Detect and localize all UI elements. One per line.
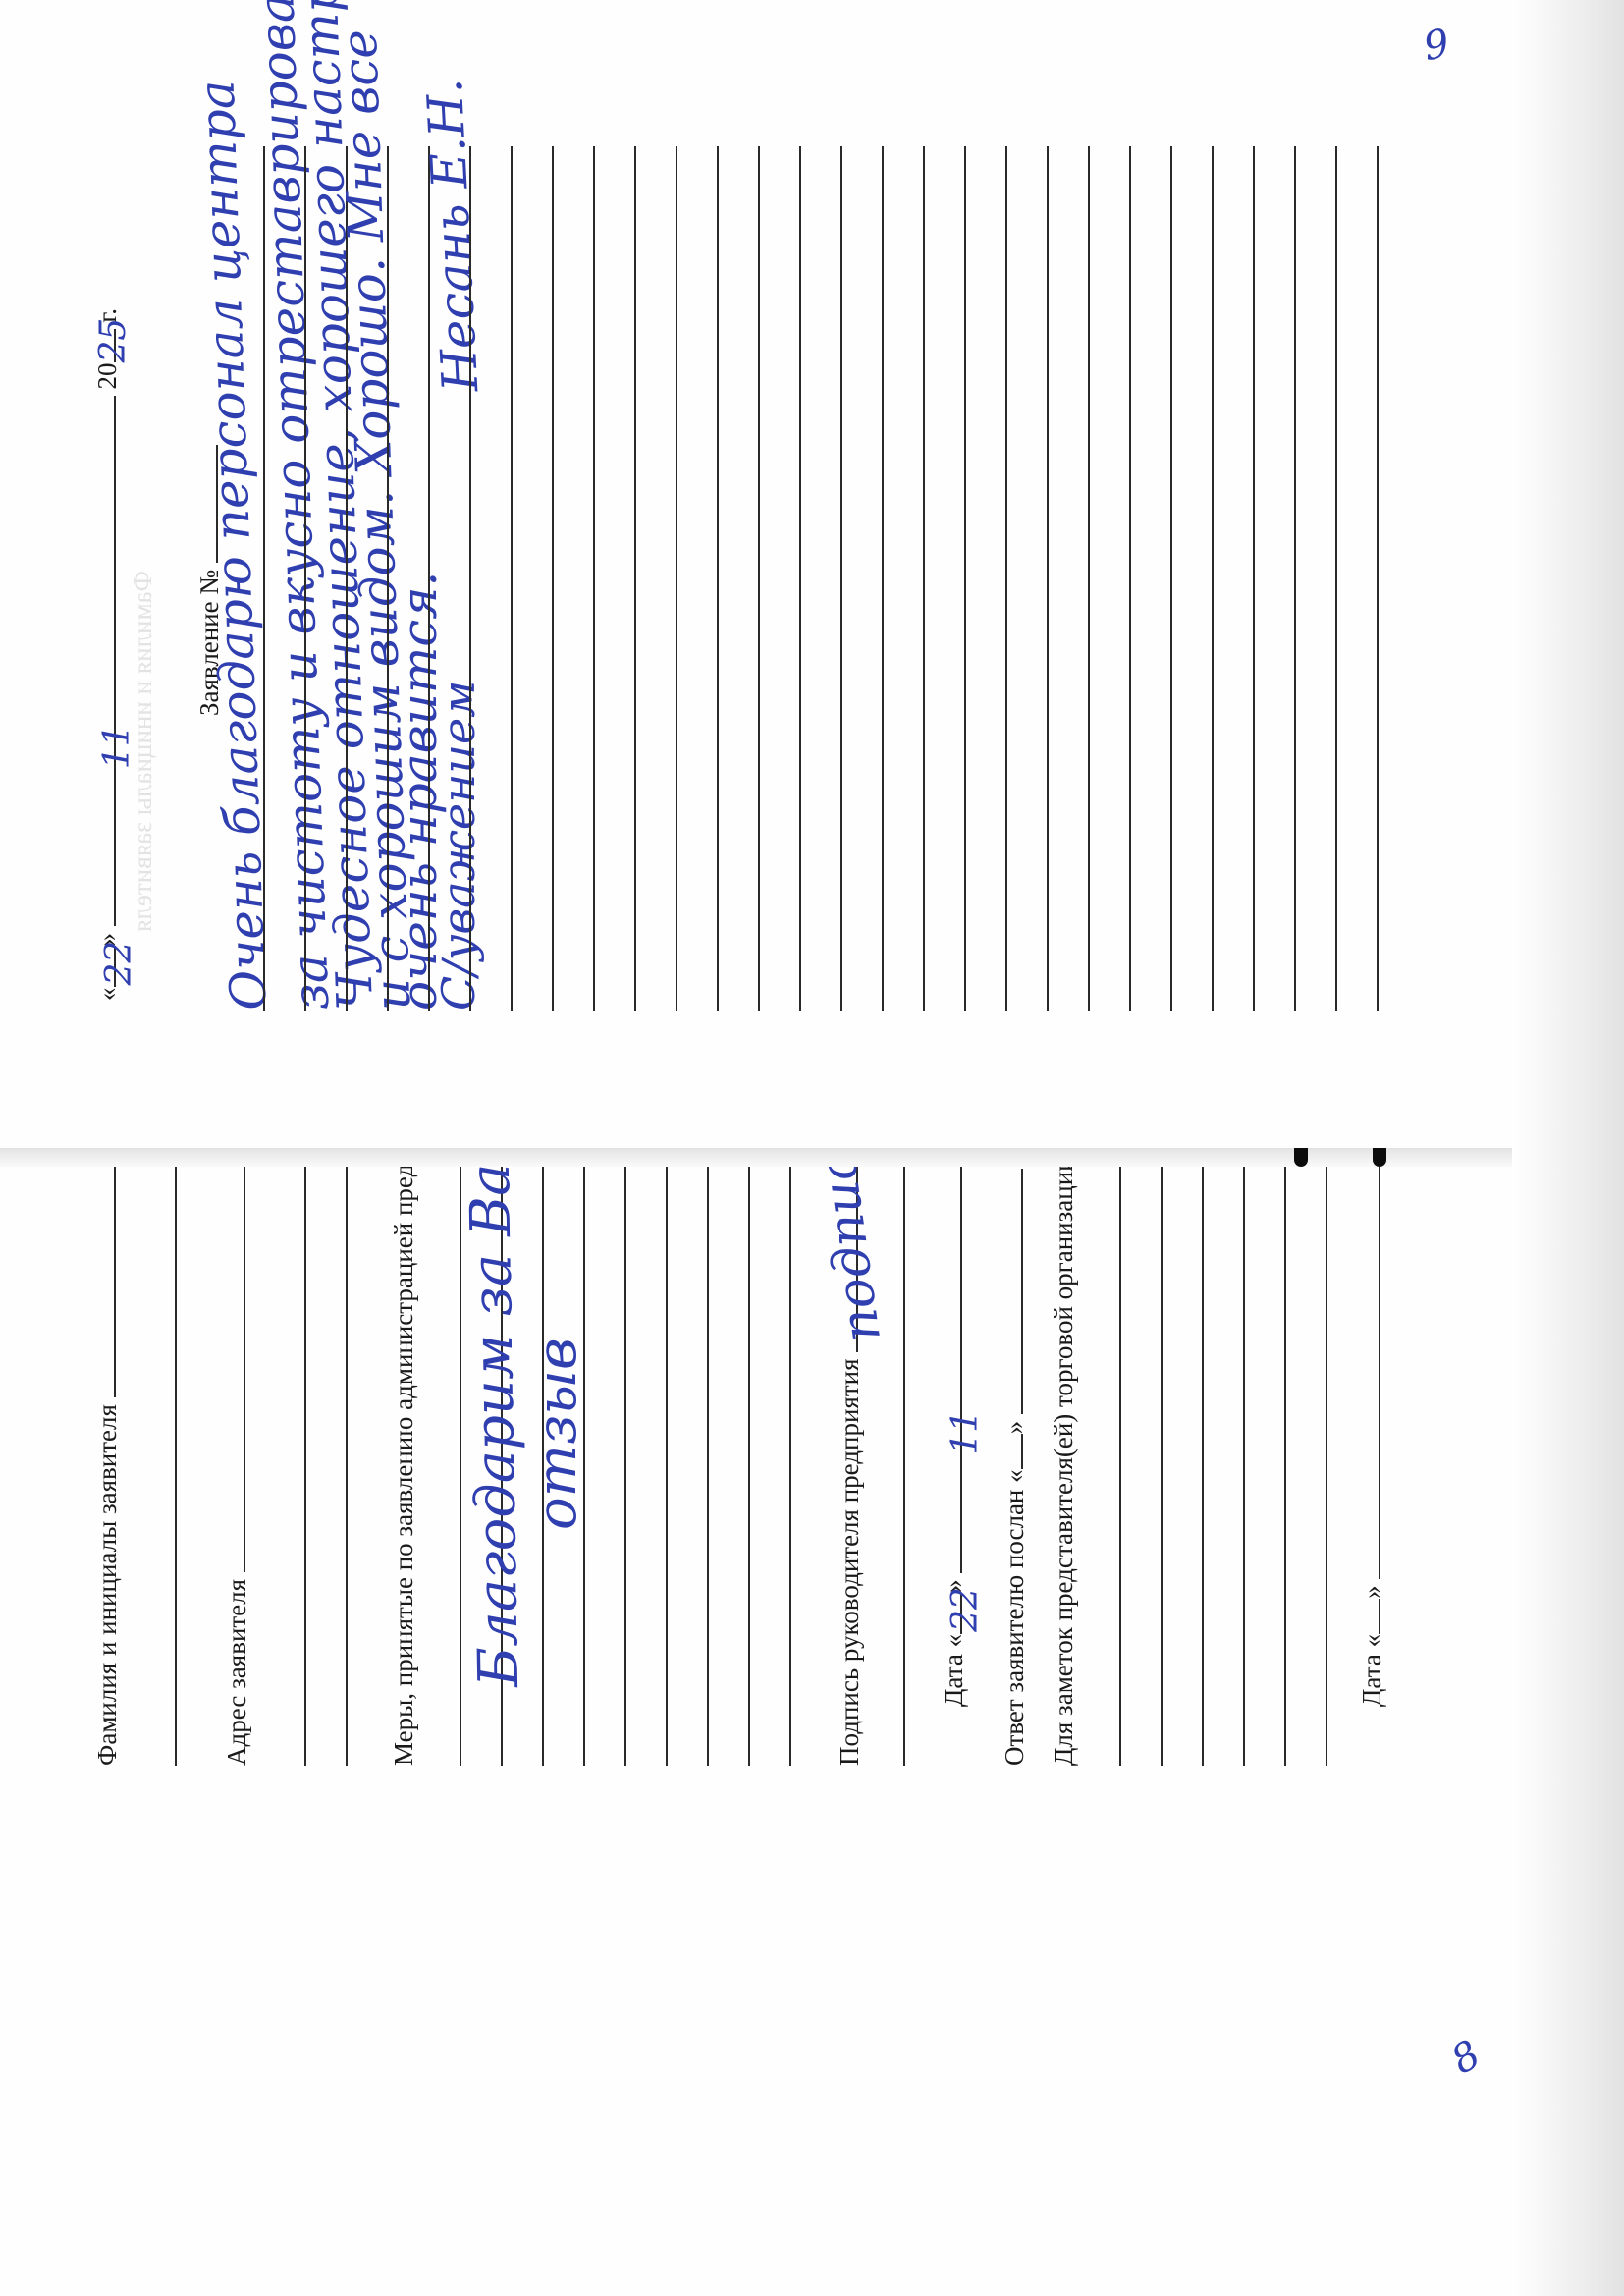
ruled-line: [840, 146, 842, 1011]
header-month-field[interactable]: 11: [114, 396, 116, 926]
scanned-spread: Фамилия и инициалы заявителя Адрес заяви…: [0, 0, 1624, 2296]
ruled-line: [758, 146, 760, 1011]
measures-handwritten-line1: Благодарим за Ваш: [462, 1111, 527, 1687]
ruled-line: [717, 146, 719, 1011]
ruled-line: [882, 146, 884, 1011]
measures-handwritten-line2: отзыв: [530, 1338, 585, 1530]
ruled-line: [1170, 146, 1172, 1011]
ruled-line: [634, 146, 636, 1011]
ruled-line: [593, 146, 595, 1011]
date2-day-field[interactable]: [1379, 1599, 1380, 1634]
header-year-field[interactable]: 25: [114, 330, 116, 363]
ruled-line: [1212, 146, 1214, 1011]
date1-day-field[interactable]: 22: [960, 1593, 962, 1634]
ruled-line: [552, 146, 554, 1011]
page-number-right: 9: [1420, 21, 1452, 70]
closing-regards: С/уважением: [436, 681, 481, 1011]
ruled-line: [923, 146, 925, 1011]
ruled-line: [1129, 146, 1131, 1011]
header-date-row: «22» 11 2025 г.: [94, 308, 121, 1001]
ruled-line: [799, 146, 801, 1011]
page-number-left: 8: [1443, 2032, 1488, 2084]
ruled-line: [1047, 146, 1049, 1011]
left-page: Фамилия и инициалы заявителя Адрес заяви…: [0, 1148, 1624, 2296]
ruled-line: [676, 146, 677, 1011]
date1-month-field[interactable]: 11: [960, 1141, 962, 1573]
ruled-line: [1253, 146, 1255, 1011]
scan-edge-shadow: [1512, 0, 1624, 2296]
ruled-line: [1377, 146, 1379, 1011]
ruled-line: [469, 146, 471, 1011]
ruled-line: [1005, 146, 1007, 1011]
header-day-field[interactable]: 22: [114, 947, 116, 988]
reply-month-field[interactable]: [1021, 1169, 1023, 1414]
ruled-line: [1088, 146, 1090, 1011]
applicant-signature: Несань Е.Н.: [420, 78, 486, 393]
ruled-line: [964, 146, 966, 1011]
ruled-line: [1294, 146, 1296, 1011]
measures-label: Меры, принятые по заявлению администраци…: [391, 1065, 417, 1766]
right-page: Фамилия и инициалы заявителя «22» 11 202…: [0, 0, 1624, 1148]
reply-day-field[interactable]: [1021, 1434, 1023, 1469]
ruled-line: [387, 146, 389, 1011]
ruled-line: [511, 146, 513, 1011]
date2-month-field[interactable]: [1379, 1147, 1380, 1579]
ruled-line: [1335, 146, 1337, 1011]
reply-sent-row: Ответ заявителю послан «» 20 г.: [1001, 1077, 1028, 1766]
